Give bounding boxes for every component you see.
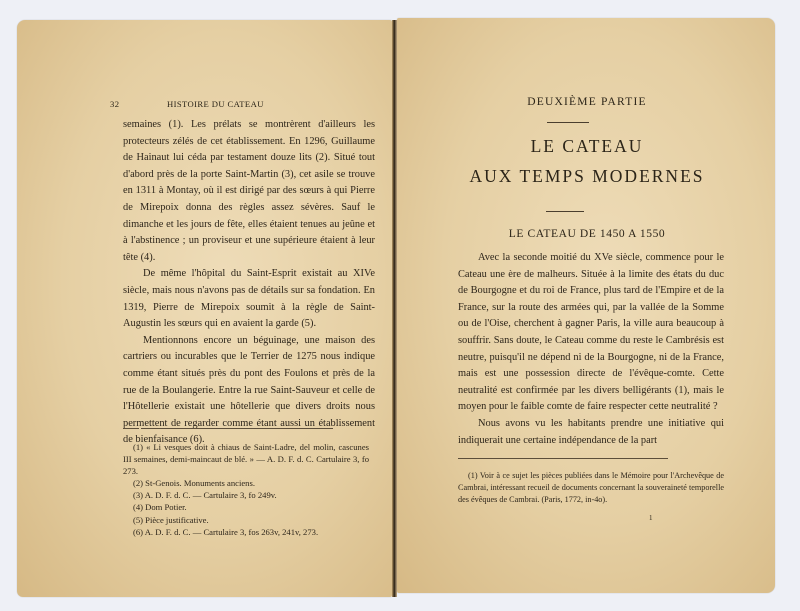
footnote-separator: [458, 458, 668, 459]
footnote: (6) A. D. F. d. C. — Cartulaire 3, fos 2…: [123, 526, 369, 538]
footnote: (1) Voir à ce sujet les pièces publiées …: [458, 470, 724, 505]
footnote-separator: [141, 428, 333, 429]
part-heading: DEUXIÈME PARTIE: [437, 96, 737, 108]
ornamental-rule: [546, 211, 584, 212]
right-footnotes: (1) Voir à ce sujet les pièces publiées …: [458, 470, 724, 505]
footnote-separator: [123, 428, 139, 429]
chapter-title-line2: AUX TEMPS MODERNES: [417, 166, 757, 187]
paragraph: semaines (1). Les prélats se montrèrent …: [123, 117, 375, 266]
page-number: 32: [110, 99, 119, 109]
left-body-text: semaines (1). Les prélats se montrèrent …: [123, 117, 375, 449]
section-heading: LE CATEAU DE 1450 A 1550: [437, 228, 737, 240]
running-head-title: HISTOIRE DU CATEAU: [167, 99, 264, 109]
signature-mark: 1: [649, 514, 653, 522]
footnote: (1) « Li vesques doit à chiaus de Saint-…: [123, 441, 369, 477]
paragraph: Mentionnons encore un béguinage, une mai…: [123, 333, 375, 449]
right-page: DEUXIÈME PARTIE LE CATEAU AUX TEMPS MODE…: [397, 18, 775, 593]
right-body-text: Avec la seconde moitié du XVe siècle, co…: [458, 250, 724, 449]
paragraph: Nous avons vu les habitants prendre une …: [458, 416, 724, 449]
footnote: (3) A. D. F. d. C. — Cartulaire 3, fo 24…: [123, 489, 369, 501]
footnote: (4) Dom Potier.: [123, 501, 369, 513]
left-footnotes: (1) « Li vesques doit à chiaus de Saint-…: [123, 441, 369, 538]
paragraph: De même l'hôpital du Saint-Esprit exista…: [123, 266, 375, 332]
footnote: (5) Pièce justificative.: [123, 514, 369, 526]
left-page: 32 HISTOIRE DU CATEAU semaines (1). Les …: [17, 20, 392, 597]
ornamental-rule: [547, 122, 589, 123]
paragraph: Avec la seconde moitié du XVe siècle, co…: [458, 250, 724, 416]
chapter-title-line1: LE CATEAU: [417, 136, 757, 157]
footnote: (2) St-Genois. Monuments anciens.: [123, 477, 369, 489]
